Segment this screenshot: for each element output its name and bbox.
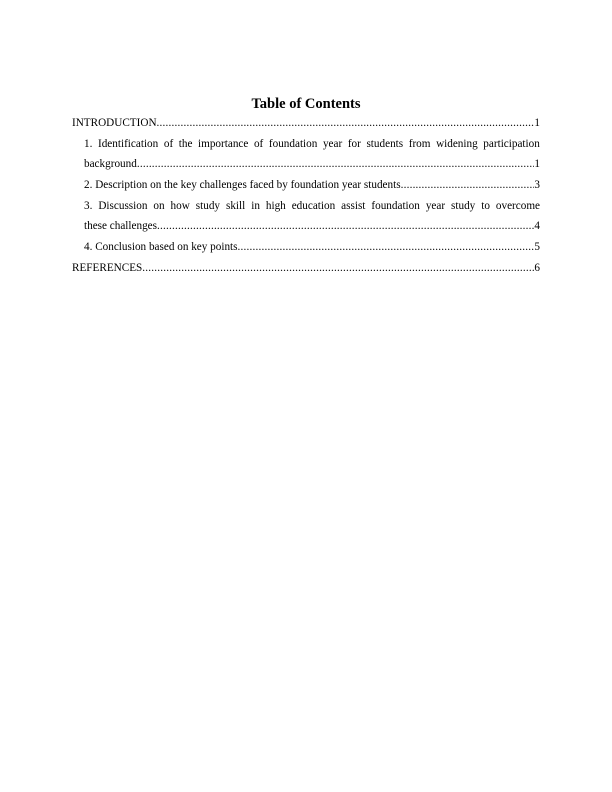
- toc-page-number: 6: [534, 258, 540, 279]
- toc-page-number: 4: [534, 216, 540, 237]
- word: overcome: [496, 196, 540, 217]
- toc-page-number: 1: [534, 154, 540, 175]
- word: foundation: [371, 196, 419, 217]
- leader-dots: [157, 216, 534, 237]
- document-page: Table of Contents INTRODUCTION 1 1.Ident…: [0, 0, 612, 792]
- leader-dots: [137, 154, 535, 175]
- word: widening: [436, 134, 478, 155]
- word: to: [481, 196, 490, 217]
- toc-entry-text: background: [84, 154, 137, 175]
- word: skill: [226, 196, 245, 217]
- word: how: [171, 196, 190, 217]
- toc-entry-text: 2. Description on the key challenges fac…: [84, 175, 401, 196]
- word: from: [409, 134, 431, 155]
- word: 1.: [84, 134, 92, 155]
- word: of: [164, 134, 173, 155]
- leader-dots: [238, 237, 535, 258]
- word: Identification: [98, 134, 158, 155]
- word: 3.: [84, 196, 92, 217]
- word: in: [251, 196, 260, 217]
- word: on: [153, 196, 164, 217]
- word: of: [254, 134, 263, 155]
- word: participation: [483, 134, 540, 155]
- word: high: [266, 196, 286, 217]
- table-of-contents: INTRODUCTION 1 1.Identificationoftheimpo…: [72, 113, 540, 279]
- leader-dots: [142, 258, 534, 279]
- word: foundation: [269, 134, 317, 155]
- toc-entry-text: 4. Conclusion based on key points: [84, 237, 238, 258]
- toc-entry-text: INTRODUCTION: [72, 113, 157, 134]
- toc-entry-importance-foundation-year[interactable]: 1.Identificationoftheimportanceoffoundat…: [72, 134, 540, 175]
- toc-entry-first-line: 1.Identificationoftheimportanceoffoundat…: [84, 134, 540, 155]
- toc-entry-study-skill-discussion[interactable]: 3.Discussiononhowstudyskillinhigheducati…: [72, 196, 540, 237]
- toc-title: Table of Contents: [0, 96, 612, 112]
- toc-entry-references[interactable]: REFERENCES 6: [72, 258, 540, 279]
- word: the: [179, 134, 193, 155]
- word: assist: [341, 196, 365, 217]
- word: education: [292, 196, 336, 217]
- toc-entry-key-challenges[interactable]: 2. Description on the key challenges fac…: [72, 175, 540, 196]
- toc-entry-introduction[interactable]: INTRODUCTION 1: [72, 113, 540, 134]
- word: year: [426, 196, 445, 217]
- toc-page-number: 1: [534, 113, 540, 134]
- word: for: [348, 134, 361, 155]
- word: Discussion: [98, 196, 147, 217]
- toc-entry-first-line: 3.Discussiononhowstudyskillinhigheducati…: [84, 196, 540, 217]
- leader-dots: [157, 113, 535, 134]
- word: study: [196, 196, 220, 217]
- word: students: [366, 134, 403, 155]
- leader-dots: [401, 175, 535, 196]
- word: importance: [198, 134, 248, 155]
- toc-entry-conclusion[interactable]: 4. Conclusion based on key points 5: [72, 237, 540, 258]
- toc-entry-text: REFERENCES: [72, 258, 142, 279]
- toc-page-number: 3: [534, 175, 540, 196]
- word: year: [323, 134, 342, 155]
- toc-page-number: 5: [534, 237, 540, 258]
- toc-entry-text: these challenges: [84, 216, 157, 237]
- word: study: [451, 196, 475, 217]
